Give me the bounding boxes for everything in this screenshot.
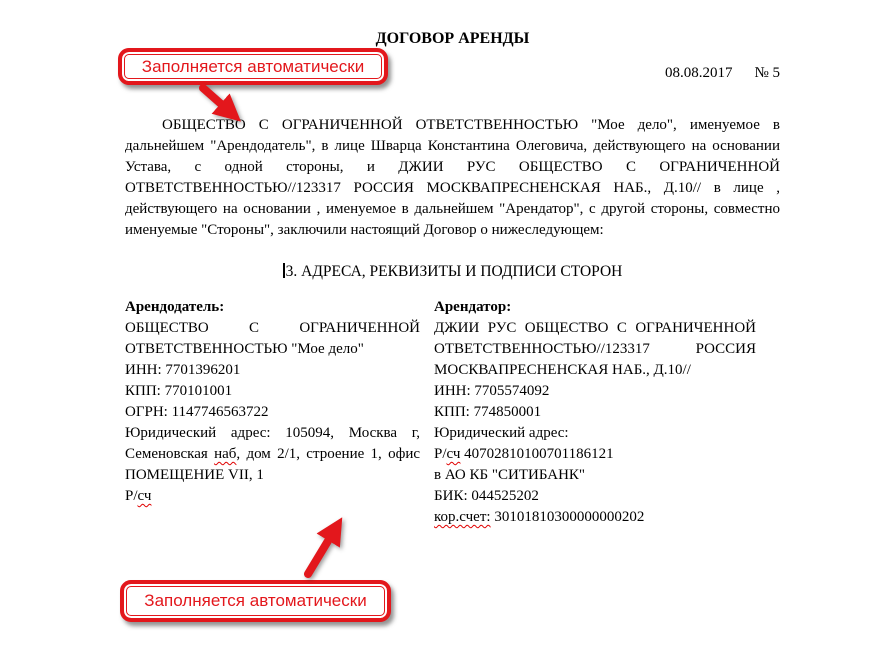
landlord-label: Арендодатель: [125, 297, 420, 318]
landlord-column: Арендодатель: ОБЩЕСТВО С ОГРАНИЧЕННОЙ ОТ… [125, 297, 420, 528]
tenant-account: Р/сч 40702810100701186121 [434, 444, 756, 465]
tenant-bik: БИК: 044525202 [434, 486, 756, 507]
auto-fill-callout-bottom-label: Заполняется автоматически [144, 591, 366, 611]
landlord-name: ОБЩЕСТВО С ОГРАНИЧЕННОЙ ОТВЕТСТВЕННОСТЬЮ… [125, 318, 420, 360]
text-caret [283, 263, 285, 278]
landlord-kpp: КПП: 770101001 [125, 381, 420, 402]
tenant-account-spellcheck: сч [447, 446, 461, 462]
parties-columns: Арендодатель: ОБЩЕСТВО С ОГРАНИЧЕННОЙ ОТ… [125, 297, 780, 528]
arrow-down-right-icon [193, 83, 257, 135]
document-date: 08.08.2017 [665, 65, 733, 82]
auto-fill-callout-bottom: Заполняется автоматически [120, 580, 391, 622]
arrow-up-right-icon [293, 513, 357, 581]
tenant-inn: ИНН: 7705574092 [434, 381, 756, 402]
landlord-address-spellcheck: наб [214, 446, 236, 462]
tenant-kpp: КПП: 774850001 [434, 402, 756, 423]
document-number: № 5 [754, 65, 780, 82]
landlord-inn: ИНН: 7701396201 [125, 360, 420, 381]
section-heading-text: 3. АДРЕСА, РЕКВИЗИТЫ И ПОДПИСИ СТОРОН [286, 263, 623, 280]
landlord-legal-address: Юридический адрес: 105094, Москва г, Сем… [125, 423, 420, 486]
auto-fill-callout-top-label: Заполняется автоматически [142, 57, 364, 77]
section-heading: 3. АДРЕСА, РЕКВИЗИТЫ И ПОДПИСИ СТОРОН [125, 263, 780, 281]
tenant-column: Арендатор: ДЖИИ РУС ОБЩЕСТВО С ОГРАНИЧЕН… [434, 297, 756, 528]
auto-fill-callout-top: Заполняется автоматически [118, 48, 388, 85]
tenant-bank: в АО КБ "СИТИБАНК" [434, 465, 756, 486]
document-title: ДОГОВОР АРЕНДЫ [125, 30, 780, 48]
tenant-label: Арендатор: [434, 297, 756, 318]
tenant-corr-account: кор.счет: 30101810300000000202 [434, 507, 756, 528]
tenant-name: ДЖИИ РУС ОБЩЕСТВО С ОГРАНИЧЕННОЙ ОТВЕТСТ… [434, 318, 756, 381]
document-page: ДОГОВОР АРЕНДЫ 08.08.2017 № 5 ОБЩЕСТВО С… [0, 0, 892, 647]
landlord-account-prefix: Р/ [125, 488, 138, 504]
tenant-account-prefix: Р/ [434, 446, 447, 462]
tenant-corr-number: 30101810300000000202 [491, 509, 645, 525]
landlord-account-spellcheck: сч [138, 488, 152, 504]
landlord-account: Р/сч [125, 486, 420, 507]
landlord-ogrn: ОГРН: 1147746563722 [125, 402, 420, 423]
tenant-corr-spellcheck: кор.счет: [434, 509, 491, 525]
tenant-account-number: 40702810100701186121 [460, 446, 613, 462]
tenant-legal-address-label: Юридический адрес: [434, 423, 756, 444]
